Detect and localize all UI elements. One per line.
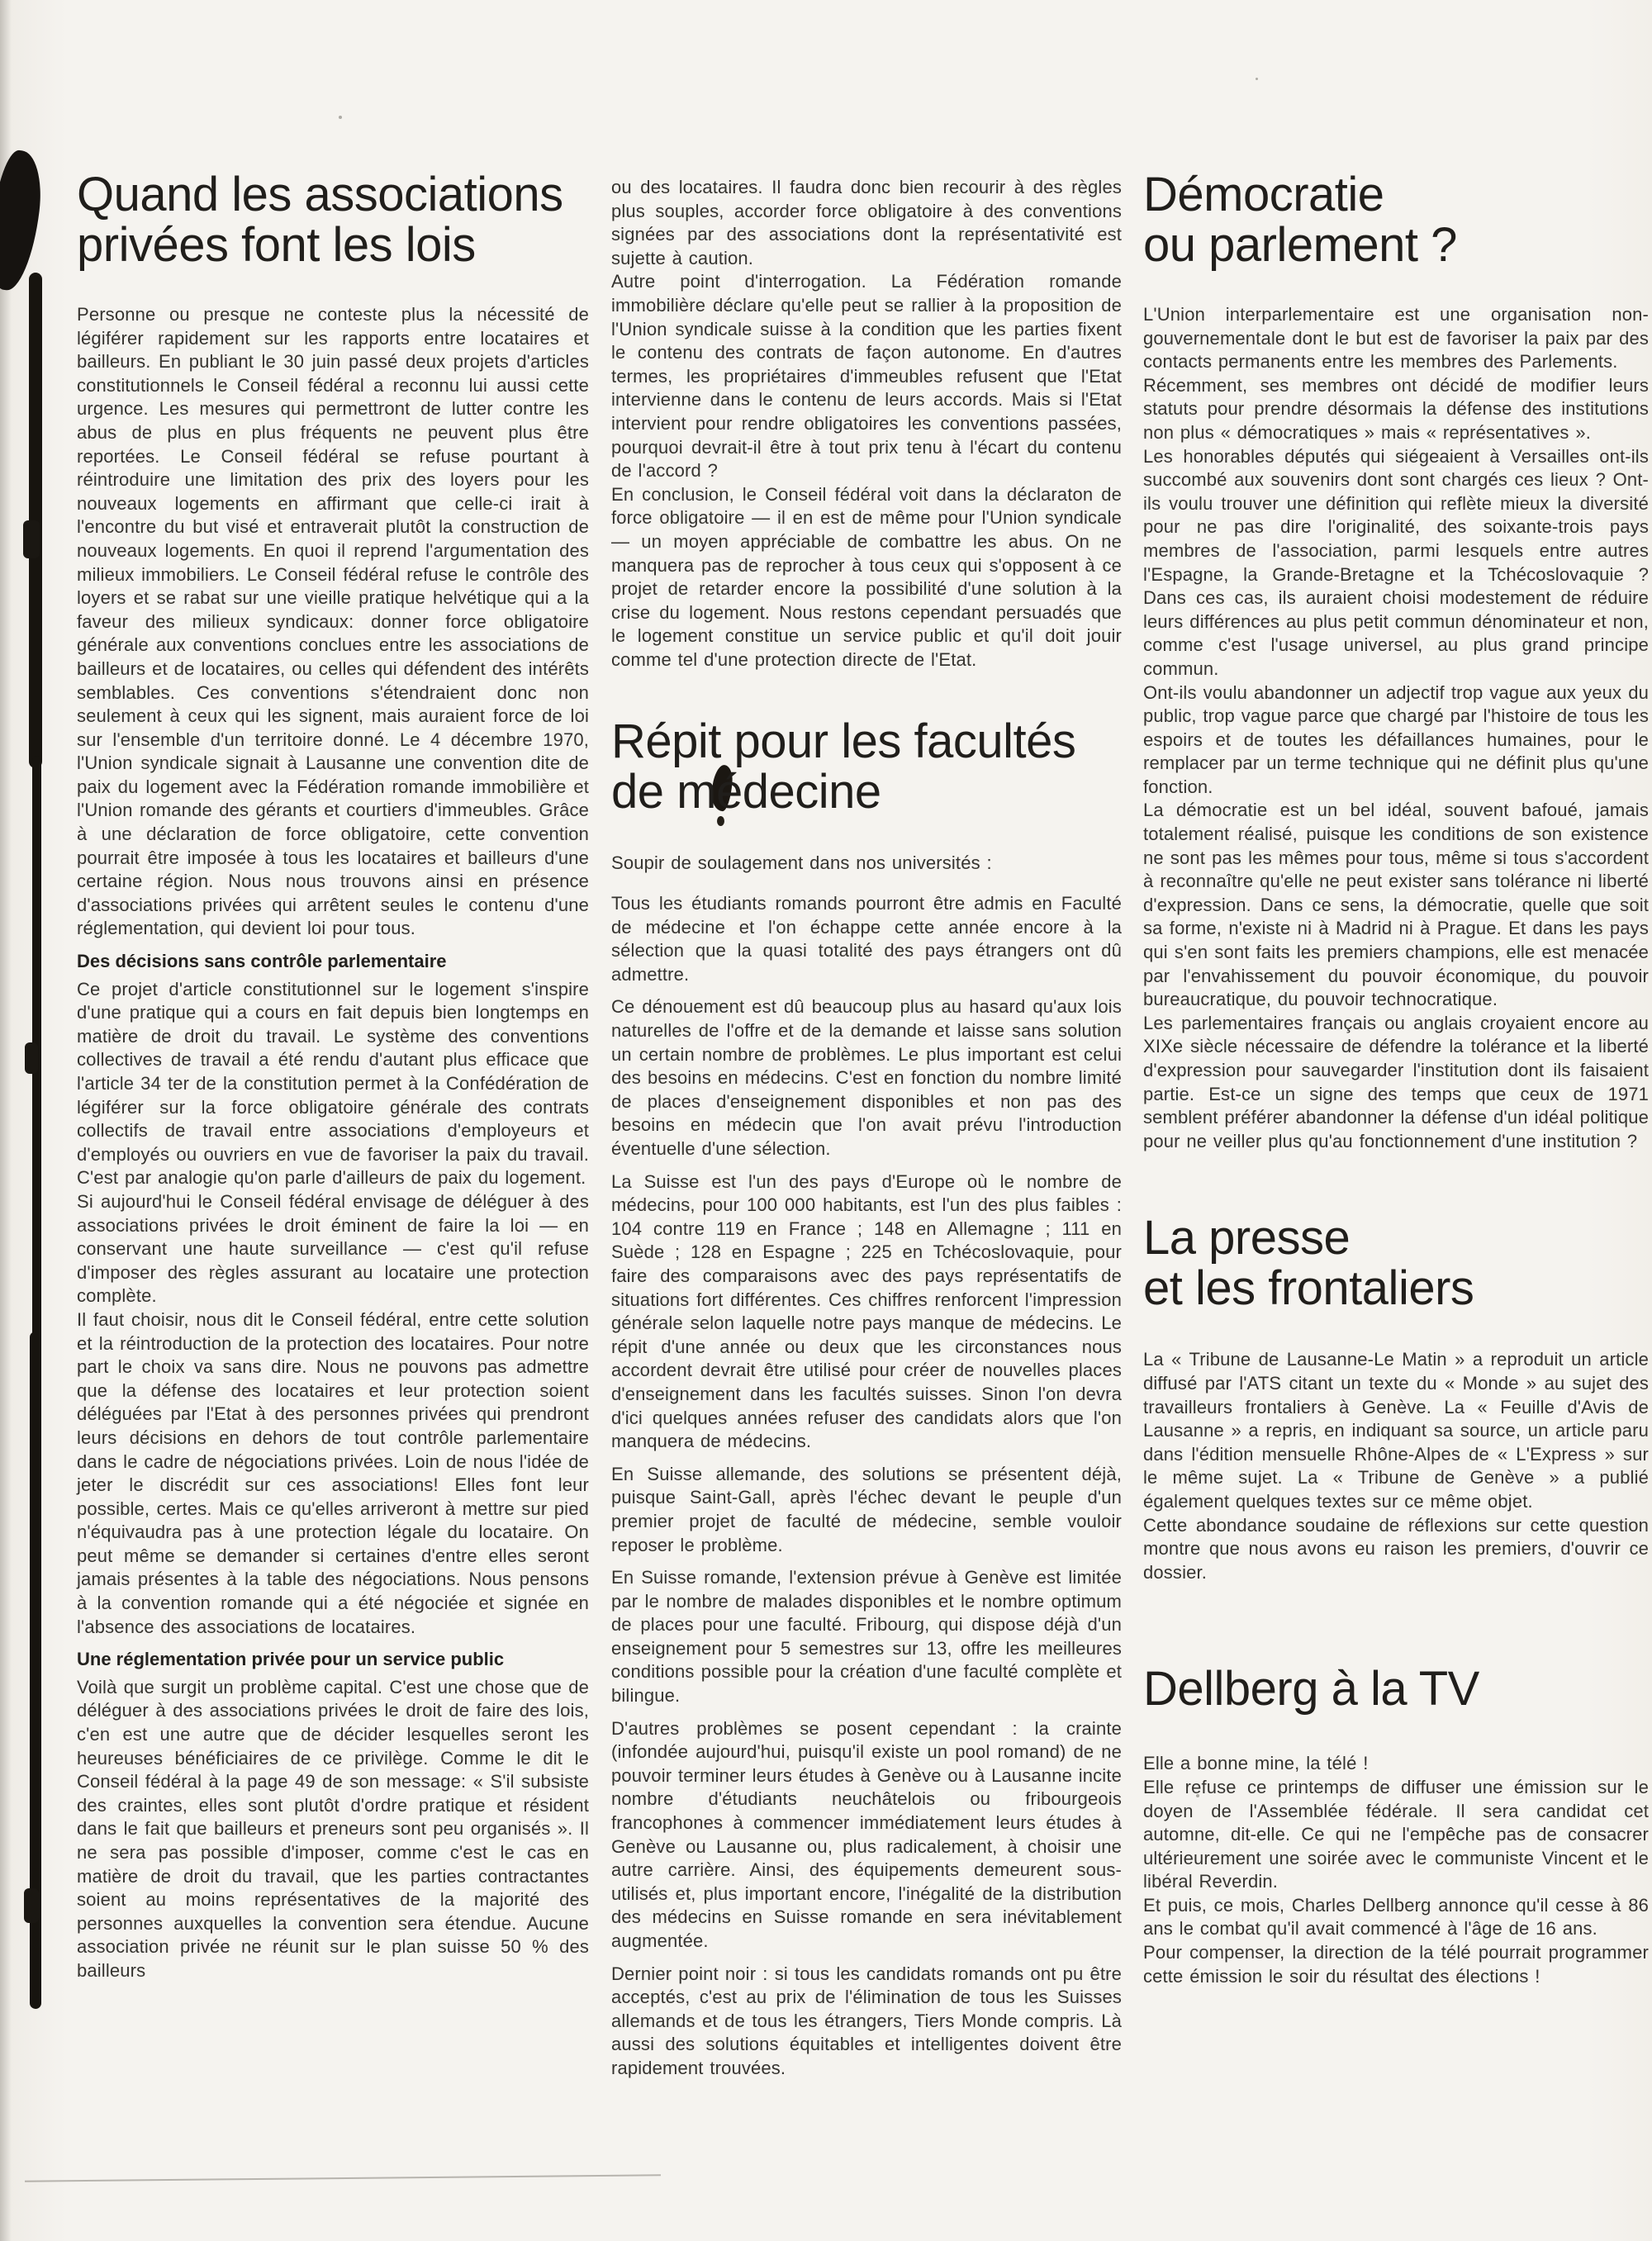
paragraph: Pour compenser, la direction de la télé …: [1143, 1941, 1649, 1988]
subhead-decisions-sans-controle: Des décisions sans contrôle parlementair…: [77, 950, 589, 974]
paragraph: Dernier point noir : si tous les candida…: [611, 1963, 1122, 2081]
paragraph: Ce dénouement est dû beaucoup plus au ha…: [611, 995, 1122, 1161]
scan-artifact-hairline: [25, 2174, 661, 2182]
paragraph: La « Tribune de Lausanne-Le Matin » a re…: [1143, 1348, 1649, 1513]
scan-artifact-nub: [25, 1042, 38, 1074]
scan-artifact-nub: [24, 1888, 39, 1923]
paragraph: Tous les étudiants romands pourront être…: [611, 892, 1122, 986]
headline-associations-privees: Quand les associations privées font les …: [77, 169, 589, 270]
paragraph: Et puis, ce mois, Charles Dellberg annon…: [1143, 1894, 1649, 1941]
headline-democratie-ou-parlement: Démocratie ou parlement ?: [1143, 169, 1649, 270]
paragraph: Voilà que surgit un problème capital. C'…: [77, 1676, 589, 1983]
paragraph: Elle refuse ce printemps de diffuser une…: [1143, 1776, 1649, 1894]
headline-presse-frontaliers: La presse et les frontaliers: [1143, 1213, 1649, 1313]
dust-speck: [339, 116, 342, 119]
paragraph: Il faut choisir, nous dit le Conseil féd…: [77, 1308, 589, 1639]
subhead-reglementation-privee: Une réglementation privée pour un servic…: [77, 1648, 589, 1672]
paragraph: La Suisse est l'un des pays d'Europe où …: [611, 1170, 1122, 1454]
paragraph: Personne ou presque ne conteste plus la …: [77, 303, 589, 941]
standfirst: Soupir de soulagement dans nos universit…: [611, 852, 1122, 876]
paragraph: D'autres problèmes se posent cependant :…: [611, 1717, 1122, 1954]
paragraph: Ont-ils voulu abandonner un adjectif tro…: [1143, 681, 1649, 800]
scan-edge-shade: [0, 0, 12, 2241]
paragraph: Autre point d'interrogation. La Fédérati…: [611, 270, 1122, 482]
headline-dellberg-tv: Dellberg à la TV: [1143, 1664, 1649, 1714]
paragraph: En conclusion, le Conseil fédéral voit d…: [611, 483, 1122, 672]
dust-speck: [1256, 78, 1258, 80]
paragraph: Si aujourd'hui le Conseil fédéral envisa…: [77, 1190, 589, 1308]
paragraph: Elle a bonne mine, la télé !: [1143, 1752, 1649, 1776]
column-middle: ou des locataires. Il faudra donc bien r…: [611, 176, 1122, 2081]
paragraph: En Suisse allemande, des solutions se pr…: [611, 1463, 1122, 1557]
paragraph: Ce projet d'article constitutionnel sur …: [77, 978, 589, 1190]
paragraph: Les parlementaires français ou anglais c…: [1143, 1012, 1649, 1154]
paragraph: En Suisse romande, l'extension prévue à …: [611, 1566, 1122, 1708]
paragraph: ou des locataires. Il faudra donc bien r…: [611, 176, 1122, 270]
scan-artifact-corner-blob: [0, 148, 46, 292]
paragraph: Récemment, ses membres ont décidé de mod…: [1143, 374, 1649, 445]
newspaper-page: Quand les associations privées font les …: [0, 0, 1652, 2241]
paragraph: La démocratie est un bel idéal, souvent …: [1143, 799, 1649, 1011]
scan-artifact-nub: [23, 520, 40, 558]
column-right: Démocratie ou parlement ? L'Union interp…: [1143, 169, 1649, 1988]
column-left: Quand les associations privées font les …: [77, 169, 589, 1983]
headline-repit-facultes-medecine: Répit pour les facultés de médecine: [611, 716, 1122, 817]
paragraph: Cette abondance soudaine de réflexions s…: [1143, 1514, 1649, 1585]
paragraph: Les honorables députés qui siégeaient à …: [1143, 445, 1649, 681]
paragraph: L'Union interparlementaire est une organ…: [1143, 303, 1649, 374]
